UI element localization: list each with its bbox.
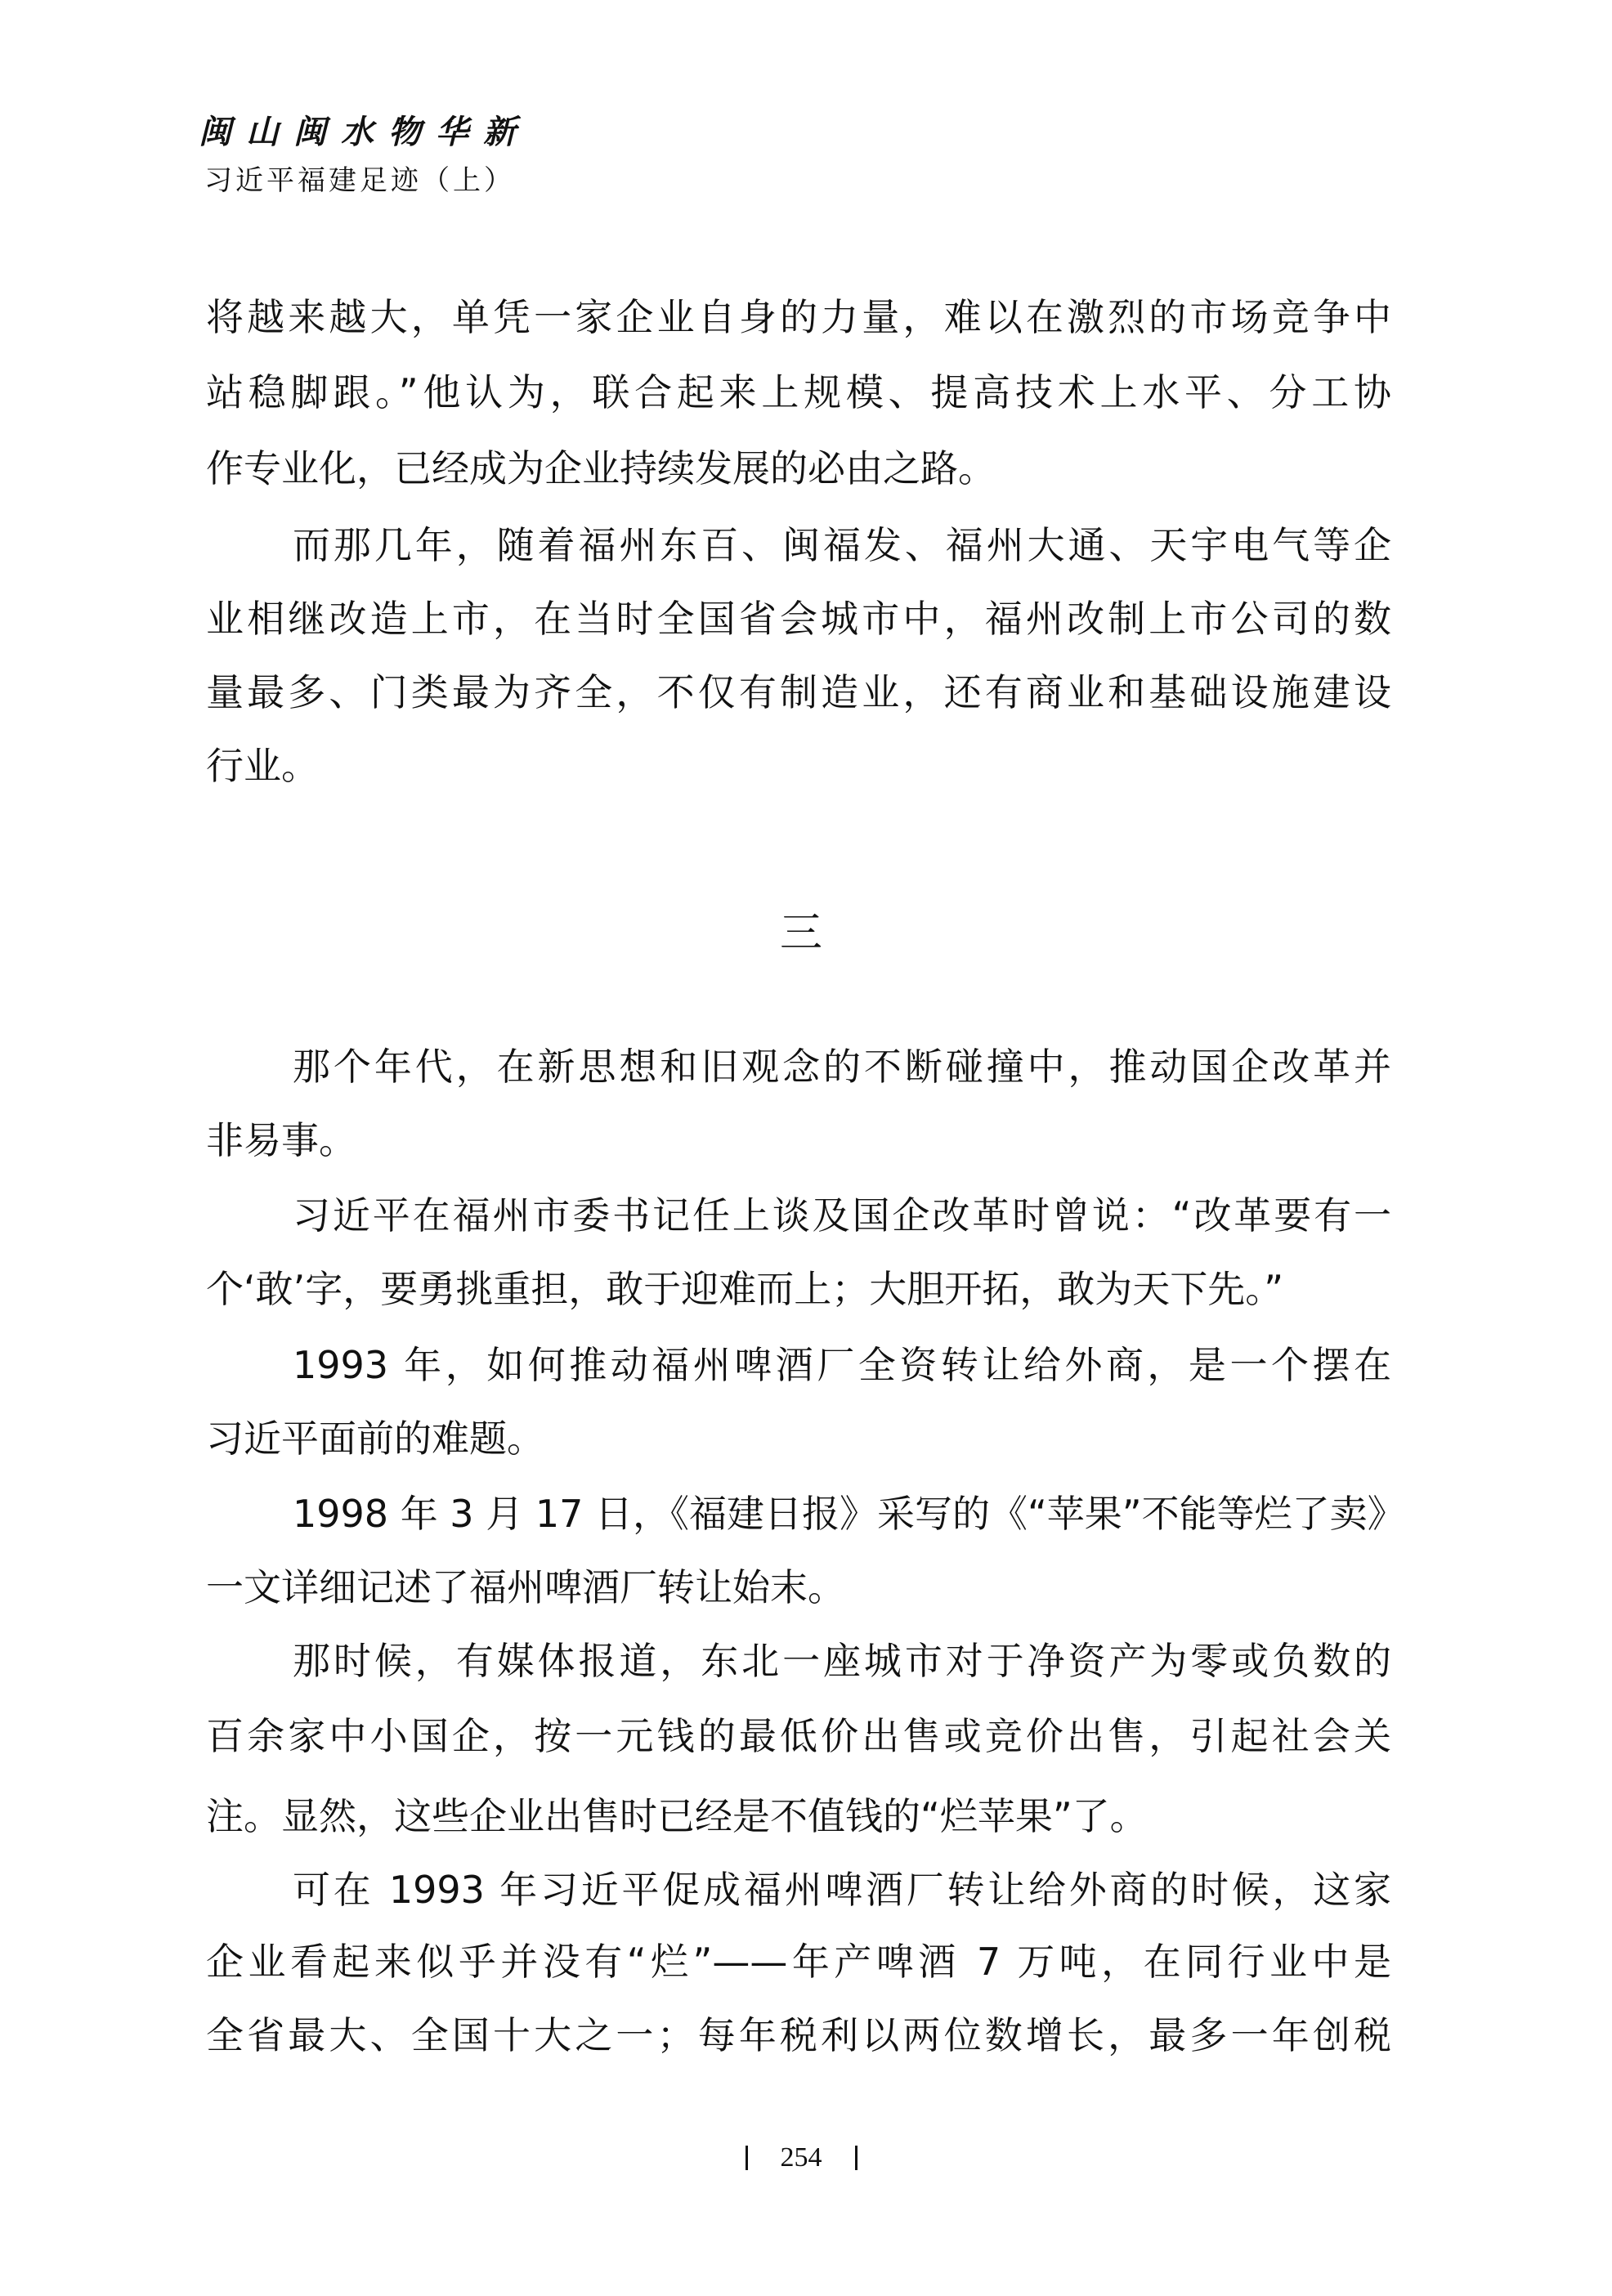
paragraph-first-line: 而那几年，随着福州东百、闽福发、福州大通、天宇电气等企 [293,522,1391,571]
body-line: 企业看起来似乎并没有“烂”——年产啤酒 7 万吨，在同行业中是 [206,1939,1391,1988]
body-line: 将越来越大，单凭一家企业自身的力量，难以在激烈的市场竞争中 [206,294,1391,343]
running-title: 闽山闽水物华新 [199,110,531,155]
body-line: 个‘敢’字，要勇挑重担，敢于迎难而上；大胆开拓，敢为天下先。” [206,1266,1391,1315]
body-line: 全省最大、全国十大之一；每年税利以两位数增长，最多一年创税 [206,2012,1391,2061]
paragraph-first-line: 那时候，有媒体报道，东北一座城市对于净资产为零或负数的 [293,1638,1391,1687]
paragraph-first-line: 1998 年 3 月 17 日，《福建日报》采写的《“苹果”不能等烂了卖》 [293,1491,1391,1540]
body-line: 百余家中小国企，按一元钱的最低价出售或竞价出售，引起社会关 [206,1713,1391,1762]
folio-left-bar [746,2146,748,2170]
paragraph-first-line: 习近平在福州市委书记任上谈及国企改革时曾说：“改革要有一 [293,1193,1391,1242]
paragraph-first-line: 可在 1993 年习近平促成福州啤酒厂转让给外商的时候，这家 [293,1867,1391,1916]
body-line: 行业。 [206,743,1391,792]
body-line: 习近平面前的难题。 [206,1416,1391,1465]
paragraph-first-line: 1993 年，如何推动福州啤酒厂全资转让给外商，是一个摆在 [293,1342,1391,1391]
page-number: 254 [781,2142,822,2173]
body-line: 非易事。 [206,1117,1391,1166]
page-folio: 254 [719,2133,883,2182]
book-page: 闽山闽水物华新 习近平福建足迹（上） 将越来越大，单凭一家企业自身的力量，难以在… [0,0,1612,2296]
body-line: 业相继改造上市，在当时全国省会城市中，福州改制上市公司的数 [206,596,1391,645]
running-subtitle: 习近平福建足迹（上） [204,163,515,199]
body-line: 量最多、门类最为齐全，不仅有制造业，还有商业和基础设施建设 [206,669,1391,718]
section-marker: 三 [768,907,834,960]
folio-right-bar [855,2146,857,2170]
body-line: 作专业化，已经成为企业持续发展的必由之路。 [206,445,1391,495]
paragraph-first-line: 那个年代，在新思想和旧观念的不断碰撞中，推动国企改革并 [293,1044,1391,1093]
body-line: 站稳脚跟。”他认为，联合起来上规模、提高技术上水平、分工协 [206,369,1391,418]
body-line: 一文详细记述了福州啤酒厂转让始末。 [206,1564,1391,1613]
body-line: 注。显然，这些企业出售时已经是不值钱的“烂苹果”了。 [206,1793,1391,1842]
